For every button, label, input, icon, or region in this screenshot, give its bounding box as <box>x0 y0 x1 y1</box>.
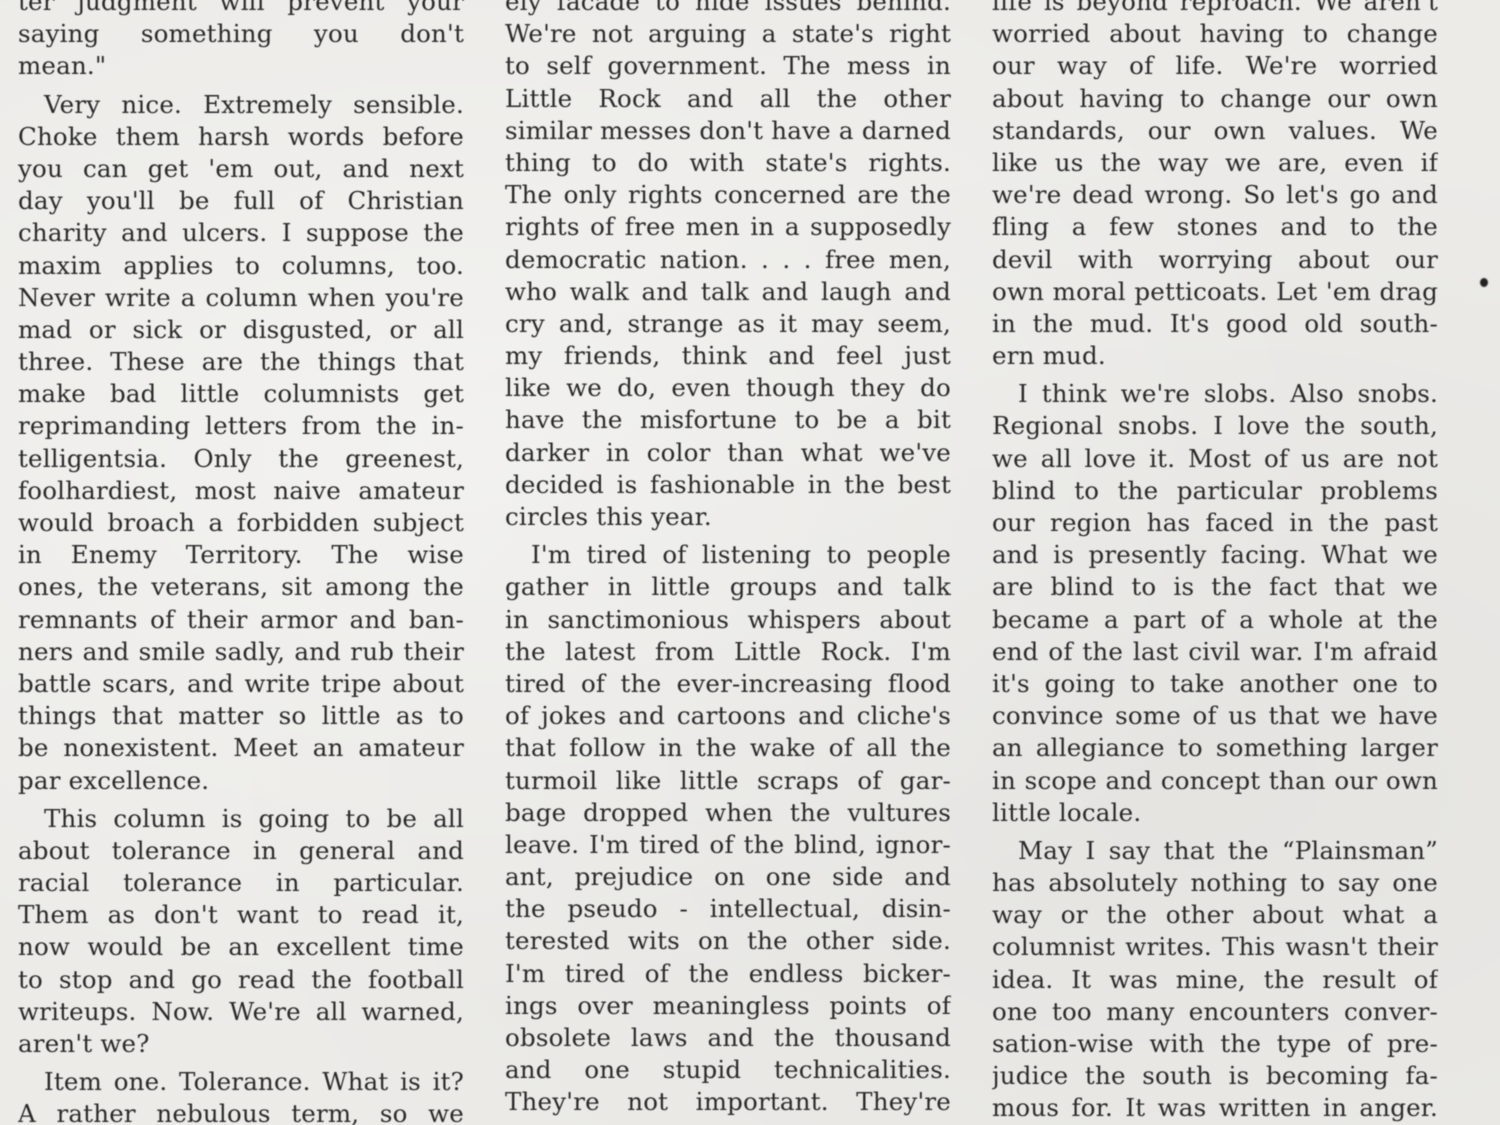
text-line: our region has faced in the past <box>992 507 1438 539</box>
text-line: They're not important. They're <box>505 1086 951 1118</box>
text-line: maxim applies to columns, too. <box>18 250 464 282</box>
text-line: ones, the veterans, sit among the <box>18 571 464 603</box>
text-line: in sanctimonious whispers about <box>505 604 951 636</box>
text-line: I'm tired of the endless bicker- <box>505 958 951 990</box>
text-line: mean." <box>18 50 464 82</box>
text-line: are blind to is the fact that we <box>992 571 1438 603</box>
text-line: writeups. Now. We're all warned, <box>18 996 464 1028</box>
text-line: make bad little columnists get <box>18 378 464 410</box>
text-line: you can get 'em out, and next <box>18 153 464 185</box>
text-line: be nonexistent. Meet an amateur <box>18 732 464 764</box>
text-line: our way of life. We're worried <box>992 50 1438 82</box>
text-column-left: ter judgment will prevent yoursaying som… <box>18 0 464 1125</box>
text-line: one too many encounters conver- <box>992 996 1438 1028</box>
text-line: A rather nebulous term, so we <box>18 1098 464 1125</box>
text-line: reprimanding letters from the in- <box>18 410 464 442</box>
text-line: standards, our own values. We <box>992 115 1438 147</box>
text-line: I think we're slobs. Also snobs. <box>992 378 1438 410</box>
text-line: things that matter so little as to <box>18 700 464 732</box>
text-line: ings over meaningless points of <box>505 990 951 1022</box>
text-line: charity and ulcers. I suppose the <box>18 217 464 249</box>
text-line: cry and, strange as it may seem, <box>505 308 951 340</box>
text-line: telligentsia. Only the greenest, <box>18 443 464 475</box>
text-line: May I say that the “Plainsman” <box>992 835 1438 867</box>
text-line: democratic nation. . . . free men, <box>505 244 951 276</box>
text-line: the pseudo - intellectual, disin- <box>505 893 951 925</box>
text-line: thing to do with state's rights. <box>505 147 951 179</box>
text-line: Little Rock and all the other <box>505 83 951 115</box>
text-line: ely facade to hide issues behind. <box>505 0 951 18</box>
text-line: mad or sick or disgusted, or all <box>18 314 464 346</box>
text-line: would broach a forbidden subject <box>18 507 464 539</box>
text-line: to self government. The mess in <box>505 50 951 82</box>
text-line: about having to change our own <box>992 83 1438 115</box>
text-line: blind to the particular problems <box>992 475 1438 507</box>
text-line: ant, prejudice on one side and <box>505 861 951 893</box>
text-line: like we do, even though they do <box>505 372 951 404</box>
text-line: par excellence. <box>18 765 464 797</box>
text-line: We're not arguing a state's right <box>505 18 951 50</box>
text-column-right: life is beyond reproach. We aren'tworrie… <box>992 0 1438 1125</box>
text-line: of jokes and cartoons and cliche's <box>505 700 951 732</box>
text-line: my friends, think and feel just <box>505 340 951 372</box>
text-line: and one stupid technicalities. <box>505 1054 951 1086</box>
text-line: aren't we? <box>18 1028 464 1060</box>
text-line: The only rights concerned are the <box>505 179 951 211</box>
text-line: Regional snobs. I love the south, <box>992 410 1438 442</box>
text-line: became a part of a whole at the <box>992 604 1438 636</box>
text-line: Choke them harsh words before <box>18 121 464 153</box>
text-line: gather in little groups and talk <box>505 571 951 603</box>
text-line: circles this year. <box>505 501 951 533</box>
text-line: it's going to take another one to <box>992 668 1438 700</box>
text-line: own moral petticoats. Let 'em drag <box>992 276 1438 308</box>
text-line: sation-wise with the type of pre- <box>992 1028 1438 1060</box>
text-line: now would be an excellent time <box>18 931 464 963</box>
text-line: ners and smile sadly, and rub their <box>18 636 464 668</box>
text-line: This column is going to be all <box>18 803 464 835</box>
text-line: we all love it. Most of us are not <box>992 443 1438 475</box>
text-line: idea. It was mine, the result of <box>992 964 1438 996</box>
text-line: columnist writes. This wasn't their <box>992 931 1438 963</box>
text-line: I'm tired of listening to people <box>505 539 951 571</box>
text-line: fling a few stones and to the <box>992 211 1438 243</box>
text-line: Item one. Tolerance. What is it? <box>18 1066 464 1098</box>
newspaper-page: ter judgment will prevent yoursaying som… <box>0 0 1500 1125</box>
text-line: foolhardiest, most naive amateur <box>18 475 464 507</box>
text-line: decided is fashionable in the best <box>505 469 951 501</box>
text-line: life is beyond reproach. We aren't <box>992 0 1438 18</box>
text-line: ter judgment will prevent your <box>18 0 464 18</box>
text-line: similar messes don't have a darned <box>505 115 951 147</box>
ink-speck <box>1480 278 1488 287</box>
text-line: day you'll be full of Christian <box>18 185 464 217</box>
text-line: way or the other about what a <box>992 899 1438 931</box>
text-line: bage dropped when the vultures <box>505 797 951 829</box>
text-line: obsolete laws and the thousand <box>505 1022 951 1054</box>
text-line: saying something you don't <box>18 18 464 50</box>
text-line: in the mud. It's good old south- <box>992 308 1438 340</box>
text-line: devil with worrying about our <box>992 244 1438 276</box>
text-line: Them as don't want to read it, <box>18 899 464 931</box>
text-line: we're dead wrong. So let's go and <box>992 179 1438 211</box>
text-line: racial tolerance in particular. <box>18 867 464 899</box>
text-line: turmoil like little scraps of gar- <box>505 765 951 797</box>
text-line: terested wits on the other side. <box>505 925 951 957</box>
text-line: in scope and concept than our own <box>992 765 1438 797</box>
text-line: have the misfortune to be a bit <box>505 404 951 436</box>
text-line: an allegiance to something larger <box>992 732 1438 764</box>
text-line: ern mud. <box>992 340 1438 372</box>
text-line: tired of the ever-increasing flood <box>505 668 951 700</box>
text-line: judice the south is becoming fa- <box>992 1060 1438 1092</box>
text-line: the latest from Little Rock. I'm <box>505 636 951 668</box>
text-line: remnants of their armor and ban- <box>18 604 464 636</box>
text-line: end of the last civil war. I'm afraid <box>992 636 1438 668</box>
text-line: leave. I'm tired of the blind, ignor- <box>505 829 951 861</box>
text-line: who walk and talk and laugh and <box>505 276 951 308</box>
text-line: that follow in the wake of all the <box>505 732 951 764</box>
text-line: three. These are the things that <box>18 346 464 378</box>
text-line: battle scars, and write tripe about <box>18 668 464 700</box>
text-line: rights of free men in a supposedly <box>505 211 951 243</box>
text-column-middle: ely facade to hide issues behind.We're n… <box>505 0 951 1119</box>
text-line: mous for. It was written in anger. <box>992 1092 1438 1124</box>
text-line: in Enemy Territory. The wise <box>18 539 464 571</box>
text-line: little locale. <box>992 797 1438 829</box>
text-line: Never write a column when you're <box>18 282 464 314</box>
text-line: darker in color than what we've <box>505 437 951 469</box>
text-line: and is presently facing. What we <box>992 539 1438 571</box>
text-line: worried about having to change <box>992 18 1438 50</box>
text-line: has absolutely nothing to say one <box>992 867 1438 899</box>
text-line: Very nice. Extremely sensible. <box>18 89 464 121</box>
text-line: convince some of us that we have <box>992 700 1438 732</box>
text-line: like us the way we are, even if <box>992 147 1438 179</box>
text-line: about tolerance in general and <box>18 835 464 867</box>
text-line: to stop and go read the football <box>18 964 464 996</box>
